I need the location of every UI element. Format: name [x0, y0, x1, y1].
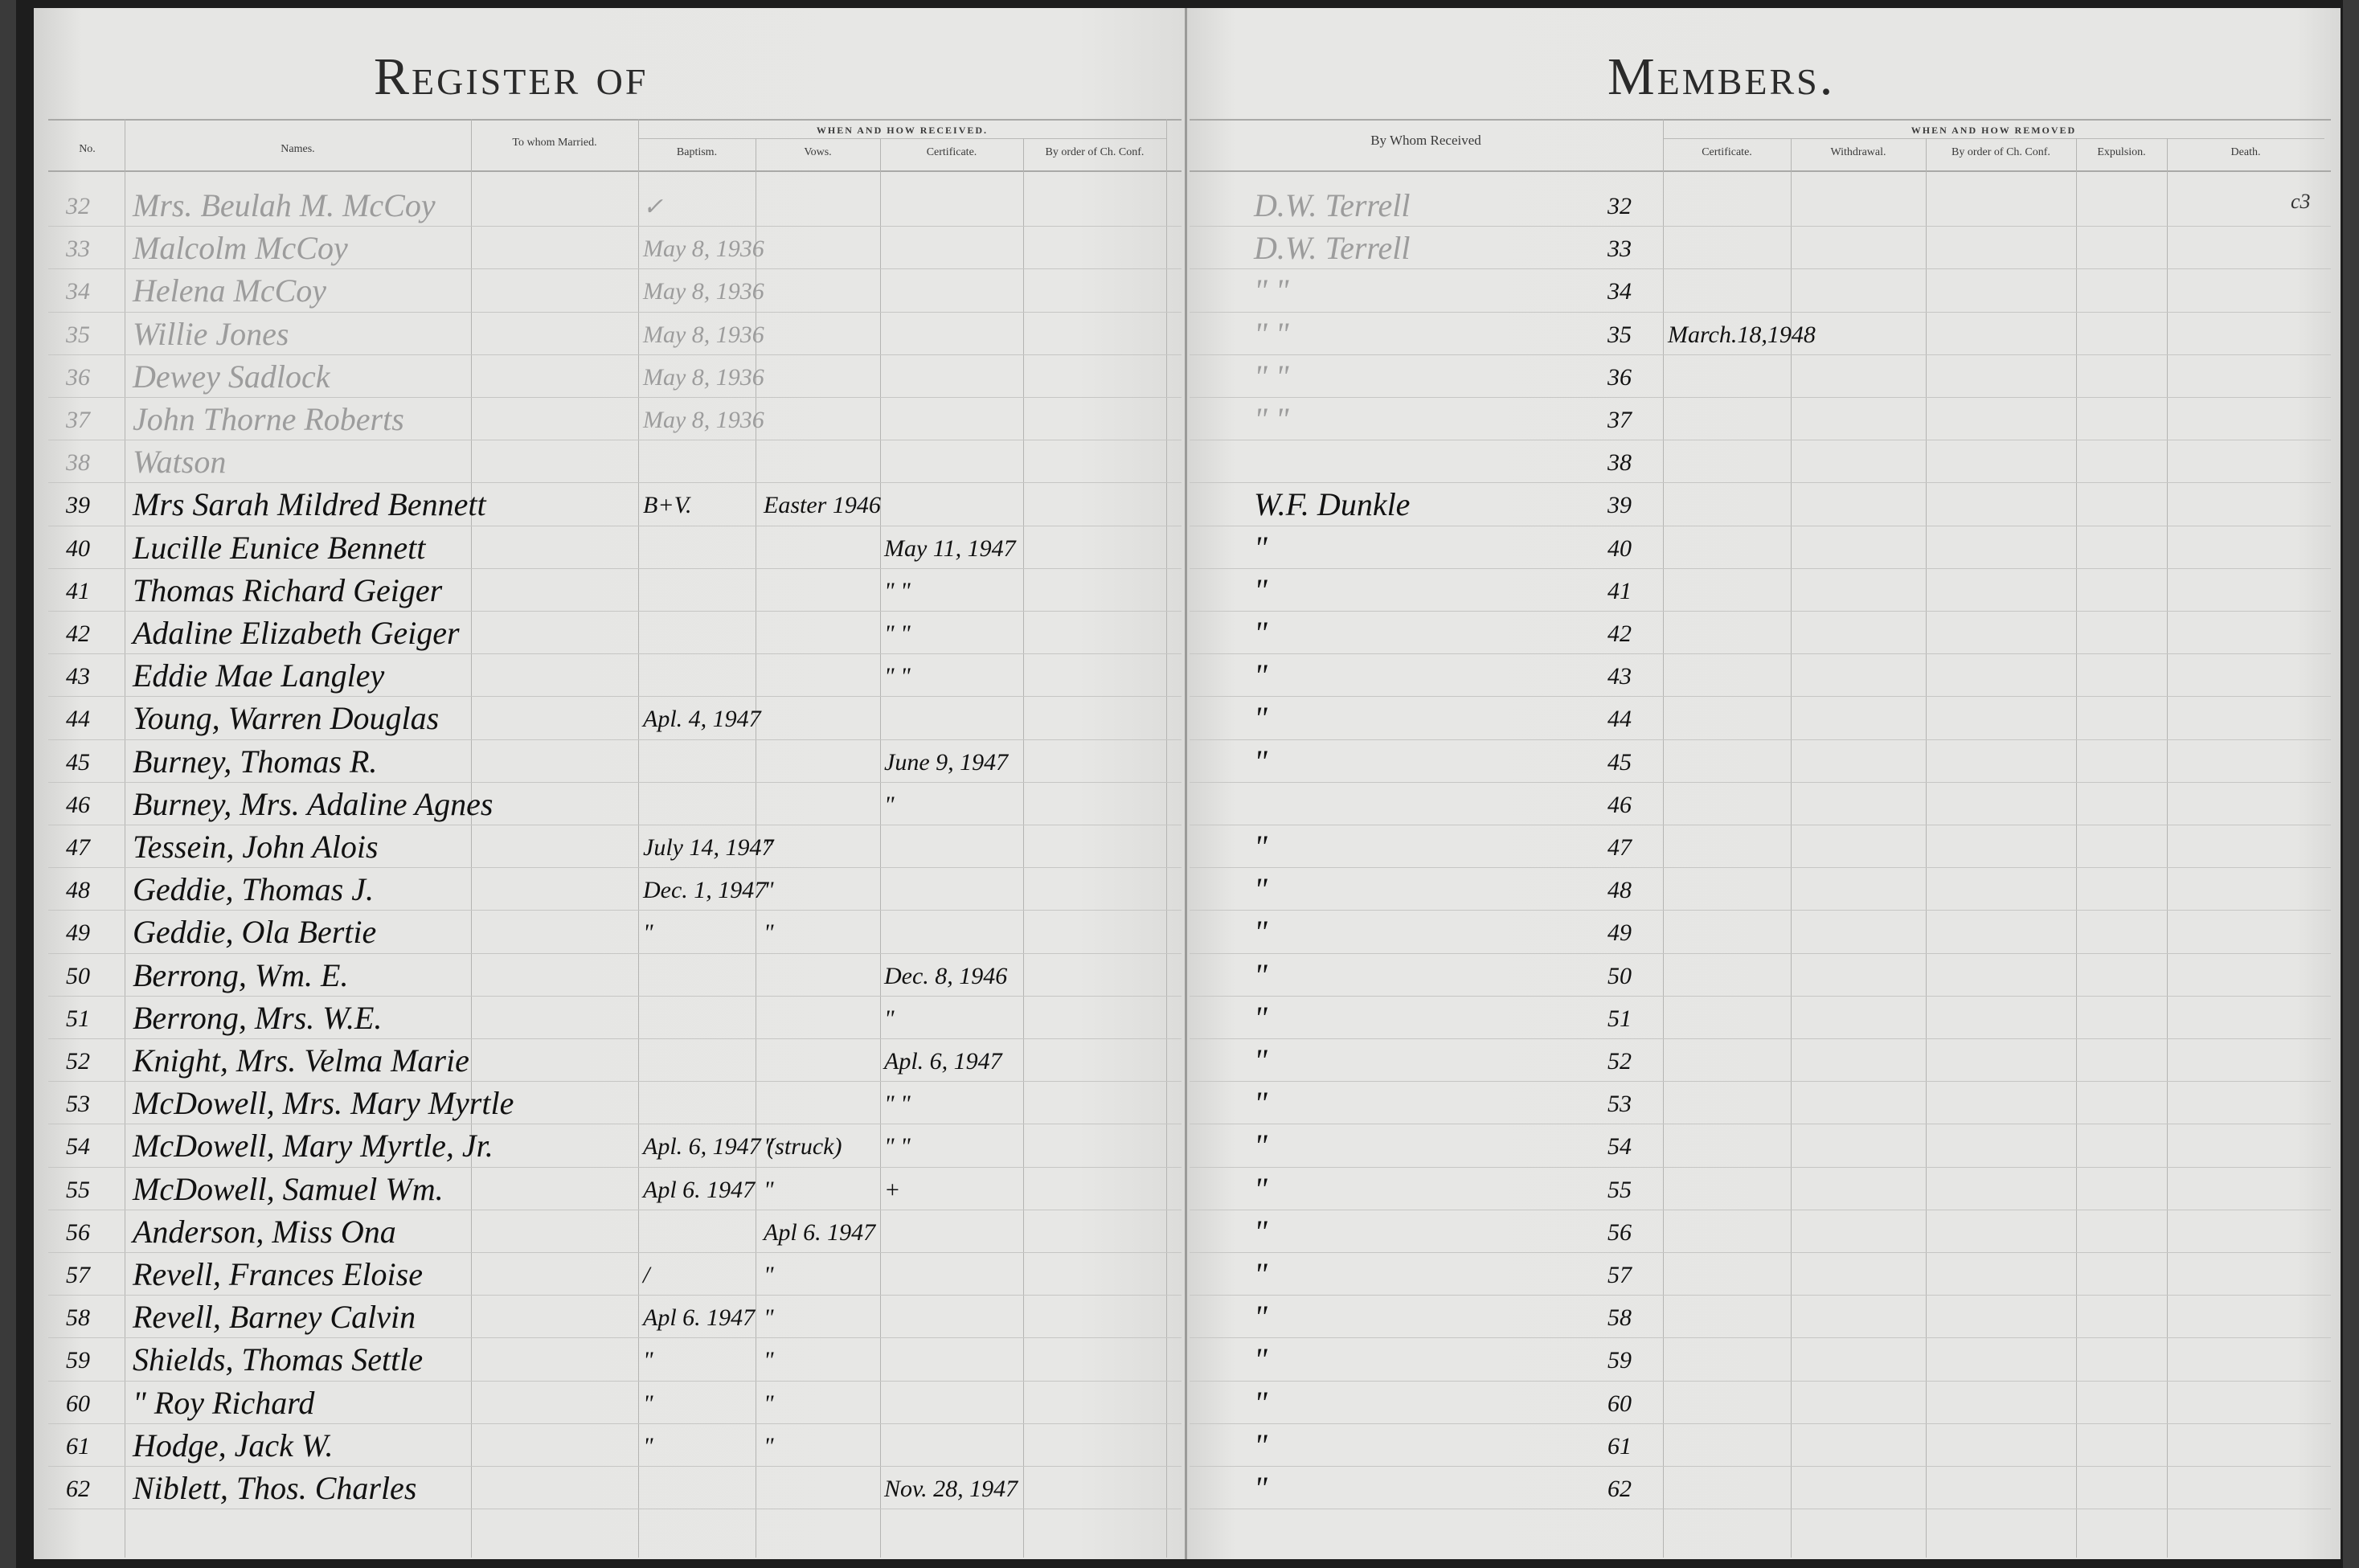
received-by: "	[1254, 1469, 1268, 1507]
row-rule	[1190, 611, 2331, 612]
member-name: John Thorne Roberts	[133, 400, 404, 438]
baptism-date: May 8, 1936	[643, 364, 764, 391]
record-number: 53	[1607, 1091, 1632, 1118]
row-number: 59	[66, 1347, 90, 1374]
record-number: 57	[1607, 1262, 1632, 1289]
member-name: Niblett, Thos. Charles	[133, 1469, 416, 1507]
certificate-date: May 11, 1947	[884, 535, 1016, 563]
removed-certificate-date: March.18,1948	[1668, 321, 1816, 349]
member-name: Shields, Thomas Settle	[133, 1341, 423, 1378]
row-number: 43	[66, 663, 90, 690]
member-name: Helena McCoy	[133, 272, 326, 309]
row-rule	[1190, 782, 2331, 783]
received-by: "	[1254, 1427, 1268, 1464]
removed-group-rule	[1663, 138, 2324, 139]
member-name: Revell, Barney Calvin	[133, 1298, 416, 1336]
row-rule	[48, 910, 1182, 911]
row-rule	[1190, 440, 2331, 440]
certificate-date: " "	[884, 1091, 911, 1118]
received-by: "	[1254, 1170, 1268, 1208]
member-name: Hodge, Jack W.	[133, 1427, 334, 1464]
row-rule	[1190, 1038, 2331, 1039]
received-by: "	[1254, 1042, 1268, 1079]
header-top-rule-right	[1190, 119, 2331, 121]
row-rule	[48, 867, 1182, 868]
received-by: "	[1254, 870, 1268, 908]
header-removed-group: WHEN AND HOW REMOVED	[1663, 125, 2324, 137]
record-number: 33	[1607, 235, 1632, 263]
header-expulsion: Expulsion.	[2076, 146, 2167, 159]
header-death: Death.	[2167, 146, 2324, 159]
title-left: Register of	[374, 47, 648, 108]
row-rule	[48, 397, 1182, 398]
row-number: 52	[66, 1048, 90, 1075]
row-rule	[48, 1295, 1182, 1296]
certificate-date: " "	[884, 663, 911, 690]
received-by: "	[1254, 1341, 1268, 1378]
row-rule	[48, 653, 1182, 654]
baptism-date: Apl 6. 1947	[643, 1304, 755, 1332]
member-name: Lucille Eunice Bennett	[133, 529, 425, 567]
vows-date: Apl 6. 1947	[764, 1219, 875, 1247]
received-by: "	[1254, 999, 1268, 1037]
certificate-date: " "	[884, 1133, 911, 1161]
record-number: 54	[1607, 1133, 1632, 1161]
row-rule	[1190, 1509, 2331, 1509]
vows-date: "	[764, 1177, 774, 1204]
record-number: 49	[1607, 919, 1632, 947]
baptism-date: July 14, 1947	[643, 834, 773, 862]
header-withdrawal: Withdrawal.	[1791, 146, 1926, 159]
baptism-date: "	[643, 1390, 653, 1418]
record-number: 35	[1607, 321, 1632, 349]
record-number: 46	[1607, 792, 1632, 819]
row-rule	[48, 440, 1182, 440]
received-by: "	[1254, 571, 1268, 609]
baptism-date: Apl. 6, 1947 (struck)	[643, 1133, 842, 1161]
header-vows: Vows.	[756, 146, 880, 159]
member-name: Geddie, Ola Bertie	[133, 913, 376, 951]
col-rule-by-order	[1166, 119, 1167, 1558]
row-rule	[1190, 953, 2331, 954]
certificate-date: June 9, 1947	[884, 749, 1008, 776]
row-rule	[1190, 653, 2331, 654]
header-received-group: WHEN AND HOW RECEIVED.	[638, 125, 1166, 137]
row-rule	[48, 1509, 1182, 1509]
header-by-order-conf: By order of Ch. Conf.	[1023, 146, 1166, 159]
record-number: 44	[1607, 706, 1632, 733]
received-by: D.W. Terrell	[1254, 229, 1411, 267]
row-number: 35	[66, 321, 90, 349]
row-rule	[48, 226, 1182, 227]
row-rule	[48, 1252, 1182, 1253]
vows-date: "	[764, 919, 774, 947]
row-rule	[48, 953, 1182, 954]
vows-date: "	[764, 877, 774, 904]
row-rule	[48, 782, 1182, 783]
col-rule-removed-order	[2076, 138, 2077, 1558]
member-name: " Roy Richard	[133, 1384, 314, 1422]
row-rule	[48, 354, 1182, 355]
row-rule	[48, 825, 1182, 825]
member-name: Anderson, Miss Ona	[133, 1213, 396, 1251]
row-rule	[1190, 910, 2331, 911]
row-number: 42	[66, 620, 90, 648]
certificate-date: " "	[884, 620, 911, 648]
baptism-date: May 8, 1936	[643, 278, 764, 305]
member-name: Willie Jones	[133, 315, 289, 353]
row-number: 49	[66, 919, 90, 947]
row-number: 48	[66, 877, 90, 904]
received-by: "	[1254, 1213, 1268, 1251]
row-rule	[1190, 696, 2331, 697]
row-number: 38	[66, 449, 90, 477]
row-number: 54	[66, 1133, 90, 1161]
record-number: 58	[1607, 1304, 1632, 1332]
row-rule	[48, 1124, 1182, 1124]
member-name: Mrs Sarah Mildred Bennett	[133, 485, 486, 523]
received-by: " "	[1254, 272, 1289, 309]
member-name: Berrong, Mrs. W.E.	[133, 999, 382, 1037]
received-by: "	[1254, 657, 1268, 694]
received-by: "	[1254, 1084, 1268, 1122]
title-right: Members.	[1607, 47, 1835, 108]
certificate-date: " "	[884, 578, 911, 605]
row-rule	[48, 696, 1182, 697]
row-rule	[1190, 1167, 2331, 1168]
row-number: 32	[66, 193, 90, 220]
received-by: "	[1254, 529, 1268, 567]
member-name: Mrs. Beulah M. McCoy	[133, 186, 436, 224]
member-name: Adaline Elizabeth Geiger	[133, 614, 460, 652]
col-rule-by-whom	[1663, 119, 1664, 1558]
record-number: 43	[1607, 663, 1632, 690]
row-rule	[1190, 268, 2331, 269]
vows-date: "	[764, 1262, 774, 1289]
row-number: 40	[66, 535, 90, 563]
member-name: Burney, Thomas R.	[133, 743, 377, 780]
header-certificate: Certificate.	[880, 146, 1023, 159]
row-rule	[48, 1038, 1182, 1039]
header-baptism: Baptism.	[638, 146, 756, 159]
vows-date: "	[764, 1304, 774, 1332]
header-names: Names.	[125, 143, 471, 156]
received-by: "	[1254, 828, 1268, 866]
row-rule	[48, 568, 1182, 569]
record-number: 62	[1607, 1476, 1632, 1503]
header-bottom-rule-right	[1190, 170, 2331, 172]
baptism-date: Apl 6. 1947	[643, 1177, 755, 1204]
baptism-date: Dec. 1, 1947	[643, 877, 766, 904]
vows-date: "	[764, 1347, 774, 1374]
col-rule-withdrawal	[1926, 138, 1927, 1558]
baptism-date: "	[643, 1347, 653, 1374]
certificate-date: "	[884, 1005, 895, 1033]
record-number: 51	[1607, 1005, 1632, 1033]
col-rule-married	[638, 119, 639, 1558]
record-number: 42	[1607, 620, 1632, 648]
row-rule	[1190, 526, 2331, 526]
col-rule-expulsion	[2167, 138, 2168, 1558]
col-rule-names	[471, 119, 472, 1558]
record-number: 59	[1607, 1347, 1632, 1374]
baptism-date: May 8, 1936	[643, 407, 764, 434]
record-number: 39	[1607, 492, 1632, 519]
record-number: 34	[1607, 278, 1632, 305]
baptism-date: "	[643, 919, 653, 947]
row-number: 41	[66, 578, 90, 605]
received-by: "	[1254, 1255, 1268, 1293]
header-removed-by-order: By order of Ch. Conf.	[1926, 146, 2076, 159]
row-rule	[1190, 1381, 2331, 1382]
received-by: W.F. Dunkle	[1254, 485, 1410, 523]
record-number: 61	[1607, 1433, 1632, 1460]
row-number: 36	[66, 364, 90, 391]
row-rule	[1190, 226, 2331, 227]
edge-mark: c3	[2291, 190, 2311, 214]
row-number: 56	[66, 1219, 90, 1247]
received-by: "	[1254, 1127, 1268, 1165]
row-rule	[48, 268, 1182, 269]
vows-date: Easter 1946	[764, 492, 881, 519]
member-name: Revell, Frances Eloise	[133, 1255, 423, 1293]
header-removed-certificate: Certificate.	[1663, 146, 1791, 159]
row-rule	[1190, 568, 2331, 569]
row-rule	[48, 611, 1182, 612]
member-name: McDowell, Mary Myrtle, Jr.	[133, 1127, 494, 1165]
row-rule	[48, 739, 1182, 740]
vows-date: "	[764, 1433, 774, 1460]
row-rule	[48, 526, 1182, 526]
row-number: 61	[66, 1433, 90, 1460]
row-rule	[48, 1337, 1182, 1338]
row-rule	[1190, 482, 2331, 483]
certificate-date: "	[884, 792, 895, 819]
member-name: Eddie Mae Langley	[133, 657, 384, 694]
received-by: "	[1254, 913, 1268, 951]
received-by: "	[1254, 743, 1268, 780]
vows-date: "	[764, 1390, 774, 1418]
record-number: 47	[1607, 834, 1632, 862]
row-rule	[1190, 1124, 2331, 1124]
record-number: 32	[1607, 193, 1632, 220]
member-name: Young, Warren Douglas	[133, 699, 439, 737]
col-rule-removed-cert	[1791, 138, 1792, 1558]
member-name: Knight, Mrs. Velma Marie	[133, 1042, 469, 1079]
received-by: D.W. Terrell	[1254, 186, 1411, 224]
header-no: No.	[50, 143, 125, 156]
record-number: 50	[1607, 963, 1632, 990]
received-by: " "	[1254, 400, 1289, 438]
baptism-date: ✓	[643, 193, 663, 221]
member-name: Malcolm McCoy	[133, 229, 348, 267]
received-by: " "	[1254, 358, 1289, 395]
member-name: McDowell, Samuel Wm.	[133, 1170, 444, 1208]
baptism-date: May 8, 1936	[643, 321, 764, 349]
record-number: 48	[1607, 877, 1632, 904]
row-rule	[48, 312, 1182, 313]
record-number: 40	[1607, 535, 1632, 563]
row-number: 60	[66, 1390, 90, 1418]
record-number: 45	[1607, 749, 1632, 776]
row-rule	[1190, 354, 2331, 355]
row-rule	[1190, 1423, 2331, 1424]
row-number: 46	[66, 792, 90, 819]
row-rule	[48, 482, 1182, 483]
col-rule-certificate	[1023, 138, 1024, 1558]
row-number: 55	[66, 1177, 90, 1204]
member-name: Thomas Richard Geiger	[133, 571, 442, 609]
baptism-date: B+V.	[643, 492, 692, 519]
vows-date: "	[764, 834, 774, 862]
row-rule	[1190, 1081, 2331, 1082]
row-number: 47	[66, 834, 90, 862]
row-rule	[48, 1081, 1182, 1082]
row-rule	[48, 1210, 1182, 1210]
received-by: "	[1254, 614, 1268, 652]
member-name: Watson	[133, 443, 226, 481]
certificate-date: Nov. 28, 1947	[884, 1476, 1018, 1503]
record-number: 36	[1607, 364, 1632, 391]
row-rule	[48, 1466, 1182, 1467]
header-to-whom-married: To whom Married.	[471, 137, 638, 149]
certificate-date: Dec. 8, 1946	[884, 963, 1007, 990]
row-rule	[1190, 1210, 2331, 1210]
member-name: Tessein, John Alois	[133, 828, 379, 866]
header-top-rule-left	[48, 119, 1182, 121]
row-rule	[48, 1167, 1182, 1168]
row-rule	[1190, 739, 2331, 740]
member-name: McDowell, Mrs. Mary Myrtle	[133, 1084, 514, 1122]
member-name: Burney, Mrs. Adaline Agnes	[133, 785, 493, 823]
member-name: Berrong, Wm. E.	[133, 956, 348, 994]
row-rule	[1190, 397, 2331, 398]
vows-date: "	[764, 1133, 774, 1161]
row-number: 51	[66, 1005, 90, 1033]
row-rule	[1190, 312, 2331, 313]
row-number: 53	[66, 1091, 90, 1118]
record-number: 60	[1607, 1390, 1632, 1418]
certificate-date: +	[884, 1177, 900, 1204]
row-number: 57	[66, 1262, 90, 1289]
row-number: 37	[66, 407, 90, 434]
baptism-date: /	[643, 1262, 649, 1289]
record-number: 41	[1607, 578, 1632, 605]
col-rule-vows	[880, 138, 881, 1558]
row-rule	[1190, 1295, 2331, 1296]
row-number: 62	[66, 1476, 90, 1503]
record-number: 37	[1607, 407, 1632, 434]
row-rule	[1190, 1252, 2331, 1253]
row-number: 44	[66, 706, 90, 733]
member-name: Dewey Sadlock	[133, 358, 330, 395]
received-group-rule	[638, 138, 1166, 139]
received-by: "	[1254, 699, 1268, 737]
row-number: 45	[66, 749, 90, 776]
received-by: "	[1254, 956, 1268, 994]
row-number: 39	[66, 492, 90, 519]
book-spine	[1185, 8, 1187, 1559]
record-number: 52	[1607, 1048, 1632, 1075]
row-rule	[48, 1381, 1182, 1382]
received-by: " "	[1254, 315, 1289, 353]
baptism-date: "	[643, 1433, 653, 1460]
certificate-date: Apl. 6, 1947	[884, 1048, 1002, 1075]
col-rule-no	[125, 119, 125, 1558]
row-rule	[48, 1423, 1182, 1424]
record-number: 38	[1607, 449, 1632, 477]
row-number: 33	[66, 235, 90, 263]
record-number: 56	[1607, 1219, 1632, 1247]
baptism-date: Apl. 4, 1947	[643, 706, 761, 733]
row-number: 58	[66, 1304, 90, 1332]
row-rule	[1190, 825, 2331, 825]
member-name: Geddie, Thomas J.	[133, 870, 374, 908]
received-by: "	[1254, 1298, 1268, 1336]
row-rule	[1190, 1466, 2331, 1467]
row-rule	[1190, 996, 2331, 997]
row-rule	[48, 996, 1182, 997]
header-by-whom-received: By Whom Received	[1189, 133, 1663, 149]
header-bottom-rule-left	[48, 170, 1182, 172]
row-number: 34	[66, 278, 90, 305]
row-number: 50	[66, 963, 90, 990]
record-number: 55	[1607, 1177, 1632, 1204]
received-by: "	[1254, 1384, 1268, 1422]
row-rule	[1190, 1337, 2331, 1338]
baptism-date: May 8, 1936	[643, 235, 764, 263]
row-rule	[1190, 867, 2331, 868]
